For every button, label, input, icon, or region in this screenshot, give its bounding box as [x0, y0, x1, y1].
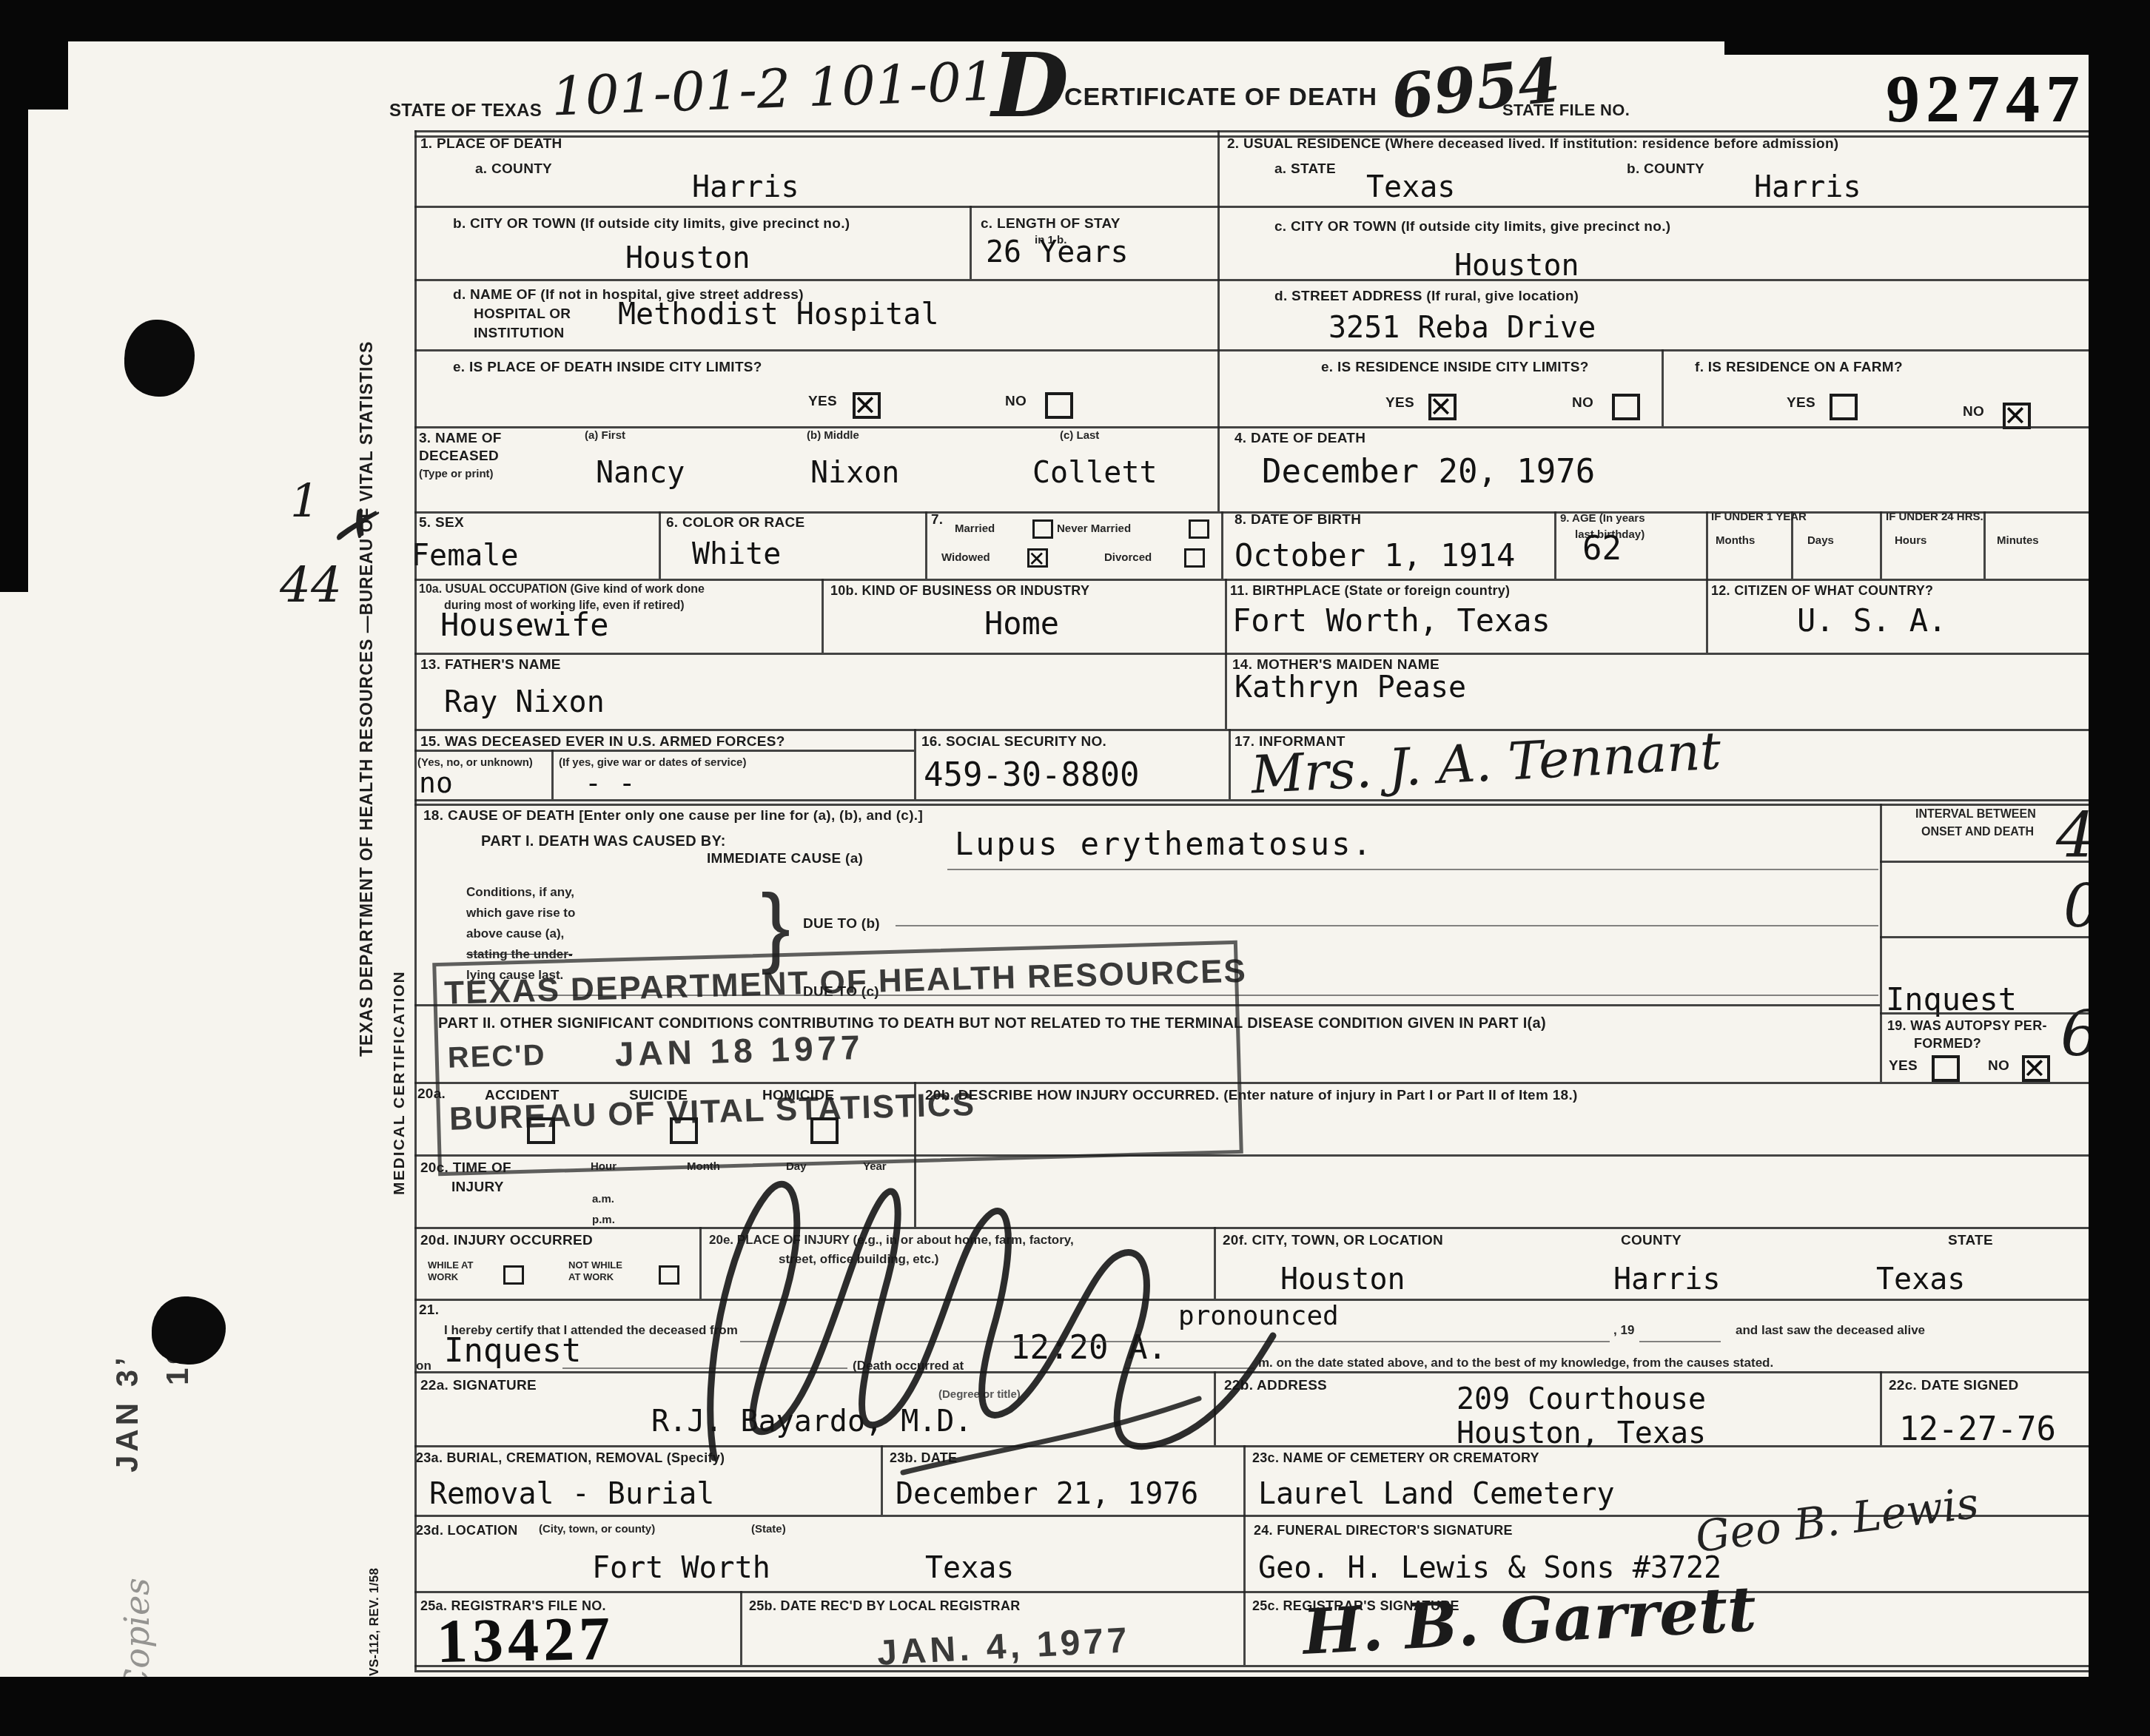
s18-interval-label1: INTERVAL BETWEEN — [1915, 808, 2036, 821]
s3-label2: DECEASED — [419, 448, 499, 465]
grid-line — [1880, 1012, 2094, 1015]
grid-line — [1225, 653, 1227, 729]
s7-widowed-checkbox[interactable] — [1027, 548, 1048, 568]
s3-middle-label: (b) Middle — [807, 429, 859, 442]
received-stamp-line1: TEXAS DEPARTMENT OF HEALTH RESOURCES — [444, 953, 1248, 1012]
grid-line — [414, 135, 2094, 138]
s20d-while-label2: WORK — [428, 1271, 458, 1282]
grid-line — [1225, 579, 1227, 653]
grid-line — [414, 729, 2094, 731]
s23b-date-value: December 21, 1976 — [896, 1477, 1198, 1511]
grid-line — [1554, 511, 1556, 579]
grid-line — [414, 279, 2094, 281]
s8-dob-value: October 1, 1914 — [1234, 537, 1515, 573]
s6-race-value: White — [692, 537, 781, 571]
s1c-length-value: 26 Years — [986, 235, 1129, 269]
s20f-city-value: Houston — [1280, 1262, 1405, 1296]
s3-label1: 3. NAME OF — [419, 431, 502, 447]
s1e-no-checkbox[interactable] — [1045, 392, 1073, 419]
grid-line — [1880, 861, 2094, 863]
grid-line — [414, 1591, 2094, 1593]
section1-title: 1. PLACE OF DEATH — [420, 136, 562, 152]
s19-no-checkbox[interactable] — [2022, 1055, 2050, 1082]
s21-number: 21. — [419, 1302, 439, 1319]
s23d-city-sub-label: (City, town, or county) — [539, 1523, 655, 1535]
s12-citizen-value: U. S. A. — [1797, 602, 1946, 639]
s3-first-value: Nancy — [596, 456, 685, 490]
s10b-industry-label: 10b. KIND OF BUSINESS OR INDUSTRY — [830, 583, 1089, 599]
ink-blob — [124, 320, 195, 397]
s20c-am-label: a.m. — [592, 1193, 614, 1205]
handwritten-d: D — [992, 33, 1069, 138]
s7-widowed-label: Widowed — [941, 551, 990, 564]
s22c-date-signed-value: 12-27-76 — [1899, 1410, 2056, 1448]
s2a-state-value: Texas — [1366, 170, 1455, 204]
s7-divorced-checkbox[interactable] — [1184, 548, 1205, 568]
grid-line — [1880, 936, 2094, 938]
grid-line — [1229, 729, 1231, 799]
grid-line — [414, 349, 2094, 351]
physician-signature — [681, 1154, 1288, 1480]
s2c-city-value: Houston — [1454, 249, 1579, 283]
ink-blob — [152, 1296, 226, 1365]
s11-birthplace-label: 11. BIRTHPLACE (State or foreign country… — [1230, 583, 1510, 599]
copies-note: Copies — [117, 1399, 157, 1695]
s10a-occupation-value: Housewife — [440, 607, 609, 643]
grid-line — [414, 1665, 2094, 1667]
ruled-line — [947, 869, 1878, 870]
scan-edge-bottom — [0, 1677, 2150, 1736]
s7-married-label: Married — [955, 522, 995, 535]
s15-value2: - - — [585, 767, 636, 799]
grid-line — [1880, 511, 1882, 579]
s17-informant-signature: Mrs. J. A. Tennant — [1249, 720, 1722, 805]
s12-citizen-label: 12. CITIZEN OF WHAT COUNTRY? — [1711, 583, 1933, 599]
s23c-cemetery-label: 23c. NAME OF CEMETERY OR CREMATORY — [1252, 1450, 1539, 1466]
grid-line — [970, 206, 972, 279]
registrar-signature: H. B. Garrett — [1301, 1572, 1758, 1669]
grid-line — [740, 1591, 742, 1665]
grid-line — [414, 653, 2094, 655]
s7-number-label: 7. — [931, 512, 943, 528]
state-file-number-stamp: 92747 — [1886, 59, 2086, 138]
s21-alive-text: and last saw the deceased alive — [1736, 1323, 1925, 1338]
s21-tail-text: m. on the date stated above, and to the … — [1258, 1356, 1773, 1370]
grid-line — [414, 1670, 2094, 1672]
s1e-yes-label: YES — [808, 394, 837, 410]
grid-line — [551, 750, 554, 799]
s3-label3: (Type or print) — [419, 468, 494, 480]
s18-due-to-b-label: DUE TO (b) — [803, 916, 880, 932]
scanned-death-certificate: 1 44 ✗ JAN 3ʼ 1977 Copies TEXAS DEPARTME… — [0, 0, 2150, 1736]
s3-last-label: (c) Last — [1060, 429, 1099, 442]
grid-line — [414, 130, 417, 1670]
s2f-yes-label: YES — [1787, 395, 1815, 411]
s19-yes-checkbox[interactable] — [1932, 1055, 1960, 1082]
grid-line — [1791, 511, 1793, 579]
s1e-yes-checkbox[interactable] — [853, 392, 881, 419]
scan-edge-top-right — [1724, 0, 2150, 55]
s22b-address-line1: 209 Courthouse — [1457, 1382, 1706, 1416]
received-stamp-date: JAN 18 1977 — [614, 1027, 864, 1074]
s1c-length-label: c. LENGTH OF STAY — [981, 216, 1121, 232]
s2e-citylimits-label: e. IS RESIDENCE INSIDE CITY LIMITS? — [1321, 360, 1589, 376]
s23d-city-value: Fort Worth — [592, 1551, 770, 1585]
s5-sex-value: Female — [411, 539, 519, 573]
s13-father-label: 13. FATHER'S NAME — [420, 657, 561, 673]
s2e-no-label: NO — [1572, 395, 1593, 411]
grid-line — [1706, 511, 1708, 579]
s20f-state-value: Texas — [1876, 1262, 1965, 1296]
s1a-county-value: Harris — [692, 170, 799, 204]
s2b-county-label: b. COUNTY — [1627, 161, 1704, 178]
s9-hours-label: Hours — [1895, 534, 1926, 547]
s18-interval-label2: ONSET AND DEATH — [1921, 826, 2034, 839]
s23a-burial-label: 23a. BURIAL, CREMATION, REMOVAL (Specify… — [416, 1450, 725, 1466]
s21-inquest-value: Inquest — [444, 1332, 581, 1370]
s25b-date-recd-label: 25b. DATE REC'D BY LOCAL REGISTRAR — [749, 1598, 1021, 1614]
s4-date-of-death-value: December 20, 1976 — [1262, 453, 1595, 491]
margin-note-1: 1 — [290, 474, 319, 528]
s23d-location-label: 23d. LOCATION — [416, 1523, 518, 1538]
s3-first-label: (a) First — [585, 429, 625, 442]
received-stamp-line3: BUREAU OF VITAL STATISTICS — [449, 1086, 975, 1138]
s2c-city-label: c. CITY OR TOWN (If outside city limits,… — [1274, 219, 1670, 235]
s9-minutes-label: Minutes — [1997, 534, 2039, 547]
s1a-county-label: a. COUNTY — [475, 161, 552, 178]
s1e-no-label: NO — [1005, 394, 1027, 410]
scan-edge-right — [2089, 0, 2150, 1736]
s20d-while-label1: WHILE AT — [428, 1259, 473, 1271]
s10b-industry-value: Home — [984, 605, 1059, 642]
s1d-hospital-label2: HOSPITAL OR — [474, 306, 571, 323]
s15-value: no — [419, 767, 453, 799]
s2f-no-checkbox[interactable] — [2003, 403, 2031, 429]
s2b-county-value: Harris — [1754, 170, 1861, 204]
s2e-yes-label: YES — [1385, 395, 1414, 411]
grid-line — [925, 511, 927, 579]
grid-line — [1217, 130, 1220, 511]
received-stamp-box: TEXAS DEPARTMENT OF HEALTH RESOURCES REC… — [432, 941, 1243, 1176]
s2f-no-label: NO — [1963, 404, 1984, 420]
s2f-yes-checkbox[interactable] — [1830, 394, 1858, 420]
s1d-hospital-value: Methodist Hospital — [618, 297, 938, 332]
s19-autopsy-label2: FORMED? — [1914, 1036, 1981, 1052]
grid-line — [1706, 579, 1708, 653]
s2f-farm-label: f. IS RESIDENCE ON A FARM? — [1695, 360, 1903, 376]
certificate-title: CERTIFICATE OF DEATH — [1064, 83, 1377, 112]
grid-line — [414, 130, 2094, 132]
s1b-city-label: b. CITY OR TOWN (If outside city limits,… — [453, 216, 850, 232]
s7-never-married-label: Never Married — [1057, 522, 1131, 535]
s3-middle-value: Nixon — [810, 456, 899, 490]
s9-days-label: Days — [1807, 534, 1834, 547]
s21-year-blank: , 19 — [1613, 1323, 1634, 1338]
s18-cause-label: 18. CAUSE OF DEATH [Enter only one cause… — [423, 808, 923, 824]
s20c-pm-label: p.m. — [592, 1214, 615, 1226]
s22a-signature-label: 22a. SIGNATURE — [420, 1378, 537, 1394]
grid-line — [659, 511, 661, 579]
s20d-while-checkbox[interactable] — [503, 1265, 524, 1285]
s1d-hospital-label3: INSTITUTION — [474, 326, 565, 342]
s20f-county-value: Harris — [1613, 1262, 1721, 1296]
s20d-injury-occurred-label: 20d. INJURY OCCURRED — [420, 1233, 593, 1249]
s20d-notwhile-label2: AT WORK — [568, 1271, 614, 1282]
s16-ssn-value: 459-30-8800 — [924, 756, 1139, 794]
s2d-street-value: 3251 Reba Drive — [1328, 311, 1596, 345]
s15-armed-forces-label: 15. WAS DECEASED EVER IN U.S. ARMED FORC… — [420, 734, 785, 750]
ruled-line — [896, 925, 1878, 926]
s7-married-checkbox[interactable] — [1032, 519, 1053, 539]
s16-ssn-label: 16. SOCIAL SECURITY NO. — [921, 734, 1106, 750]
s7-divorced-label: Divorced — [1104, 551, 1152, 564]
s2e-no-checkbox[interactable] — [1612, 394, 1640, 420]
s10a-occupation-label1: 10a. USUAL OCCUPATION (Give kind of work… — [419, 583, 705, 596]
s23a-burial-value: Removal - Burial — [429, 1477, 714, 1511]
grid-line — [1983, 511, 1986, 579]
grid-line — [822, 579, 824, 653]
s22c-date-signed-label: 22c. DATE SIGNED — [1889, 1378, 2019, 1394]
ruled-line — [1639, 1341, 1721, 1342]
s20f-state-label: STATE — [1948, 1233, 1993, 1249]
s18-immediate-cause-value: Lupus erythematosus. — [955, 826, 1374, 862]
s18-cond-line3: above cause (a), — [466, 926, 564, 941]
grid-line — [1243, 1591, 1246, 1665]
s20f-county-label: COUNTY — [1621, 1233, 1682, 1249]
grid-line — [414, 579, 2094, 581]
s5-sex-label: 5. SEX — [419, 515, 464, 531]
s19-autopsy-label1: 19. WAS AUTOPSY PER- — [1887, 1018, 2047, 1034]
s24-funeral-director-label: 24. FUNERAL DIRECTOR'S SIGNATURE — [1254, 1523, 1513, 1538]
s1b-city-value: Houston — [625, 241, 750, 275]
grid-line — [414, 750, 914, 752]
s9-age-value: 62 — [1582, 530, 1622, 568]
funeral-director-signature: Geo B. Lewis — [1693, 1478, 1981, 1562]
s20d-notwhile-checkbox[interactable] — [659, 1265, 679, 1285]
s6-race-label: 6. COLOR OR RACE — [666, 515, 804, 531]
grid-line — [1243, 1515, 1246, 1591]
state-file-no-label: STATE FILE NO. — [1502, 101, 1630, 120]
s14-mother-value: Kathryn Pease — [1234, 670, 1466, 704]
s18-cond-line2: which gave rise to — [466, 906, 575, 921]
grid-line — [1221, 511, 1223, 579]
grid-line — [414, 206, 2094, 208]
s13-father-value: Ray Nixon — [444, 685, 605, 719]
s11-birthplace-value: Fort Worth, Texas — [1232, 602, 1551, 639]
state-of-texas-label: STATE OF TEXAS — [389, 101, 542, 121]
s19-no-label: NO — [1988, 1058, 2009, 1074]
s20d-notwhile-label1: NOT WHILE — [568, 1259, 622, 1271]
scan-edge-top-left — [0, 0, 68, 110]
s18-immediate-cause-label: IMMEDIATE CAUSE (a) — [707, 851, 863, 867]
margin-note-44: 44 — [280, 556, 342, 613]
s2e-yes-checkbox[interactable] — [1428, 394, 1457, 420]
s3-last-value: Collett — [1032, 456, 1158, 490]
s18-cond-line1: Conditions, if any, — [466, 885, 574, 900]
s1e-citylimits-label: e. IS PLACE OF DEATH INSIDE CITY LIMITS? — [453, 360, 762, 376]
handwritten-district-codes: 101-01-2 101-01 — [551, 50, 996, 128]
grid-line — [914, 729, 916, 799]
medical-certification-vertical-text: MEDICAL CERTIFICATION — [391, 840, 409, 1195]
department-vertical-text: TEXAS DEPARTMENT OF HEALTH RESOURCES —BU… — [357, 346, 377, 1057]
s23c-cemetery-value: Laurel Land Cemetery — [1258, 1477, 1615, 1511]
s23d-state-value: Texas — [925, 1551, 1014, 1585]
s20c-time-label2: INJURY — [451, 1180, 504, 1196]
form-number-vertical-text: VS-112, REV. 1/58 — [367, 1532, 382, 1676]
grid-line — [1880, 1371, 1882, 1445]
section2-title: 2. USUAL RESIDENCE (Where deceased lived… — [1227, 136, 1839, 152]
s8-dob-label: 8. DATE OF BIRTH — [1234, 512, 1361, 528]
s7-never-married-checkbox[interactable] — [1189, 519, 1209, 539]
grid-line — [1662, 349, 1664, 426]
grid-line — [414, 426, 2094, 428]
s23d-state-sub-label: (State) — [751, 1523, 786, 1535]
grid-line — [414, 511, 2094, 514]
s2d-street-label: d. STREET ADDRESS (If rural, give locati… — [1274, 289, 1579, 305]
s19-yes-label: YES — [1889, 1058, 1918, 1074]
s18-part1-label: PART I. DEATH WAS CAUSED BY: — [481, 833, 726, 850]
s9-months-label: Months — [1716, 534, 1755, 547]
grid-line — [1880, 804, 1882, 1082]
s9-age-label1: 9. AGE (In years — [1560, 512, 1645, 525]
received-stamp-recd: REC'D — [447, 1039, 546, 1075]
s2a-state-label: a. STATE — [1274, 161, 1336, 178]
s4-date-of-death-label: 4. DATE OF DEATH — [1234, 431, 1365, 447]
